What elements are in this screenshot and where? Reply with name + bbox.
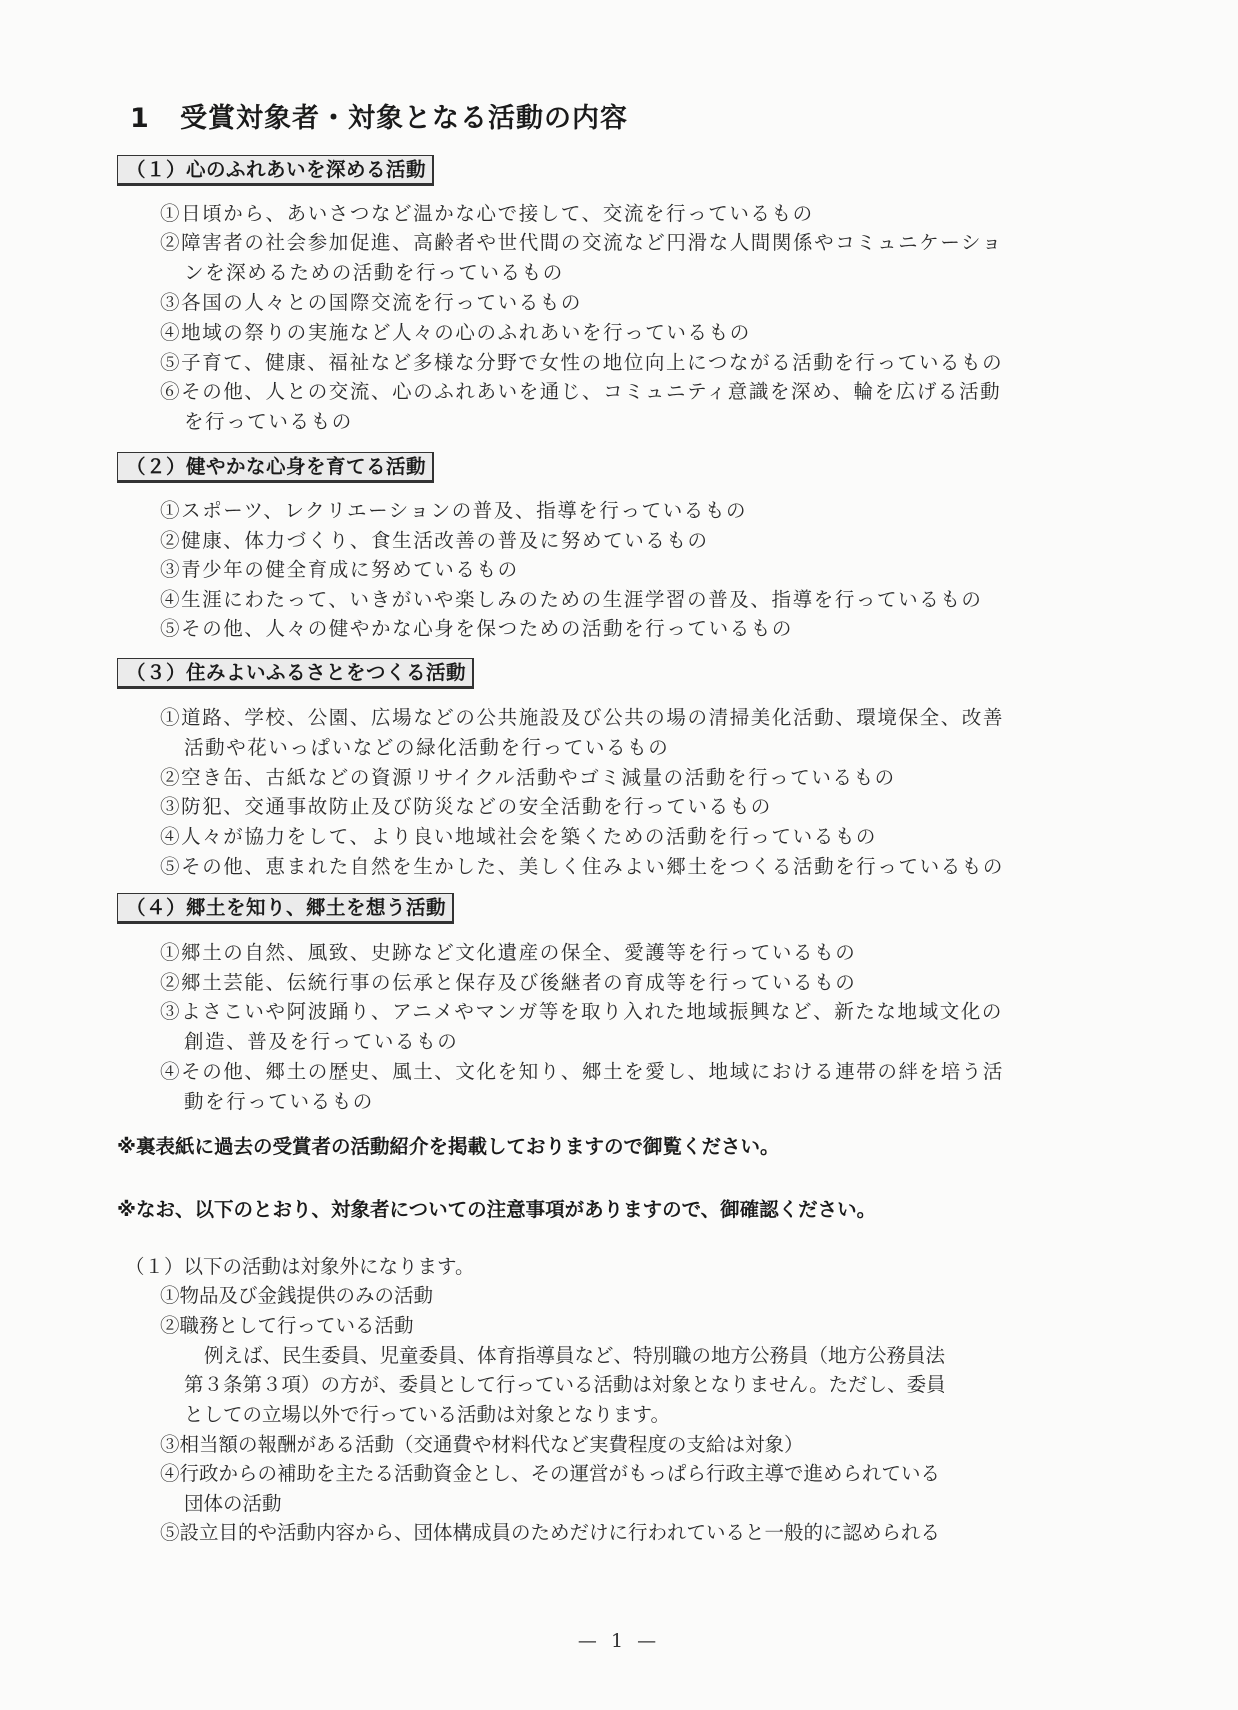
list-item: ②健康、体力づくり、食生活改善の普及に努めているもの: [160, 526, 709, 556]
section-heading-3: （３）住みよいふるさとをつくる活動: [117, 658, 474, 689]
list-item: ②空き缶、古紙などの資源リサイクル活動やゴミ減量の活動を行っているもの: [160, 763, 896, 793]
exclusion-item: ④行政からの補助を主たる活動資金とし、その運営がもっぱら行政主導で進められている…: [160, 1459, 940, 1518]
page-title: 1受賞対象者・対象となる活動の内容: [130, 96, 628, 135]
list-item: ①スポーツ、レクリエーションの普及、指導を行っているもの: [160, 496, 747, 526]
list-item: ①郷土の自然、風致、史跡など文化遺産の保全、愛護等を行っているもの: [160, 938, 856, 968]
exclusions-heading: （１）以下の活動は対象外になります。: [125, 1252, 474, 1281]
note-caution: ※なお、以下のとおり、対象者についての注意事項がありますので、御確認ください。: [117, 1194, 876, 1222]
list-item: ⑥その他、人との交流、心のふれあいを通じ、コミュニティ意識を深め、輪を広げる活動…: [160, 377, 1001, 436]
list-item: ③青少年の健全育成に努めているもの: [160, 555, 519, 585]
exclusion-example: 例えば、民生委員、児童委員、体育指導員など、特別職の地方公務員（地方公務員法: [160, 1341, 946, 1371]
page-number: — 1 —: [0, 1630, 1238, 1652]
title-text: 受賞対象者・対象となる活動の内容: [180, 103, 628, 134]
list-item: ④地域の祭りの実施など人々の心のふれあいを行っているもの: [160, 318, 751, 348]
list-item: ⑤子育て、健康、福祉など多様な分野で女性の地位向上につながる活動を行っているもの: [160, 348, 1003, 378]
section-heading-4: （４）郷土を知り、郷土を想う活動: [117, 893, 454, 924]
exclusion-item: ①物品及び金銭提供のみの活動: [160, 1281, 433, 1311]
list-item: ③防犯、交通事故防止及び防災などの安全活動を行っているもの: [160, 792, 772, 822]
list-item: ⑤その他、人々の健やかな心身を保つための活動を行っているもの: [160, 614, 793, 644]
title-number: 1: [130, 103, 180, 134]
list-item: ①道路、学校、公園、広場などの公共施設及び公共の場の清掃美化活動、環境保全、改善…: [160, 703, 1004, 762]
section-heading-2: （２）健やかな心身を育てる活動: [117, 452, 434, 483]
exclusion-item: ③相当額の報酬がある活動（交通費や材料代など実費程度の支給は対象）: [160, 1430, 804, 1460]
list-item: ①日頃から、あいさつなど温かな心で接して、交流を行っているもの: [160, 199, 814, 229]
list-item: ③各国の人々との国際交流を行っているもの: [160, 288, 582, 318]
list-item: ④人々が協力をして、より良い地域社会を築くための活動を行っているもの: [160, 822, 877, 852]
list-item: ②郷土芸能、伝統行事の伝承と保存及び後継者の育成等を行っているもの: [160, 968, 856, 998]
list-item: ②障害者の社会参加促進、高齢者や世代間の交流など円滑な人間関係やコミュニケーショ…: [160, 228, 1003, 287]
document-page: 1受賞対象者・対象となる活動の内容 （１）心のふれあいを深める活動 ①日頃から、…: [0, 0, 1238, 1710]
exclusion-item: ⑤設立目的や活動内容から、団体構成員のためだけに行われていると一般的に認められる: [160, 1518, 940, 1548]
exclusion-item: ②職務として行っている活動 例えば、民生委員、児童委員、体育指導員など、特別職の…: [160, 1311, 946, 1429]
list-item: ⑤その他、恵まれた自然を生かした、美しく住みよい郷土をつくる活動を行っているもの: [160, 852, 1004, 882]
note-back-cover: ※裏表紙に過去の受賞者の活動紹介を掲載しておりますので御覧ください。: [117, 1131, 779, 1159]
section-heading-1: （１）心のふれあいを深める活動: [117, 155, 434, 186]
list-item: ④その他、郷土の歴史、風土、文化を知り、郷土を愛し、地域における連帯の絆を培う活…: [160, 1057, 1004, 1116]
list-item: ④生涯にわたって、いきがいや楽しみのための生涯学習の普及、指導を行っているもの: [160, 585, 983, 615]
list-item: ③よさこいや阿波踊り、アニメやマンガ等を取り入れた地域振興など、新たな地域文化の…: [160, 997, 1003, 1056]
